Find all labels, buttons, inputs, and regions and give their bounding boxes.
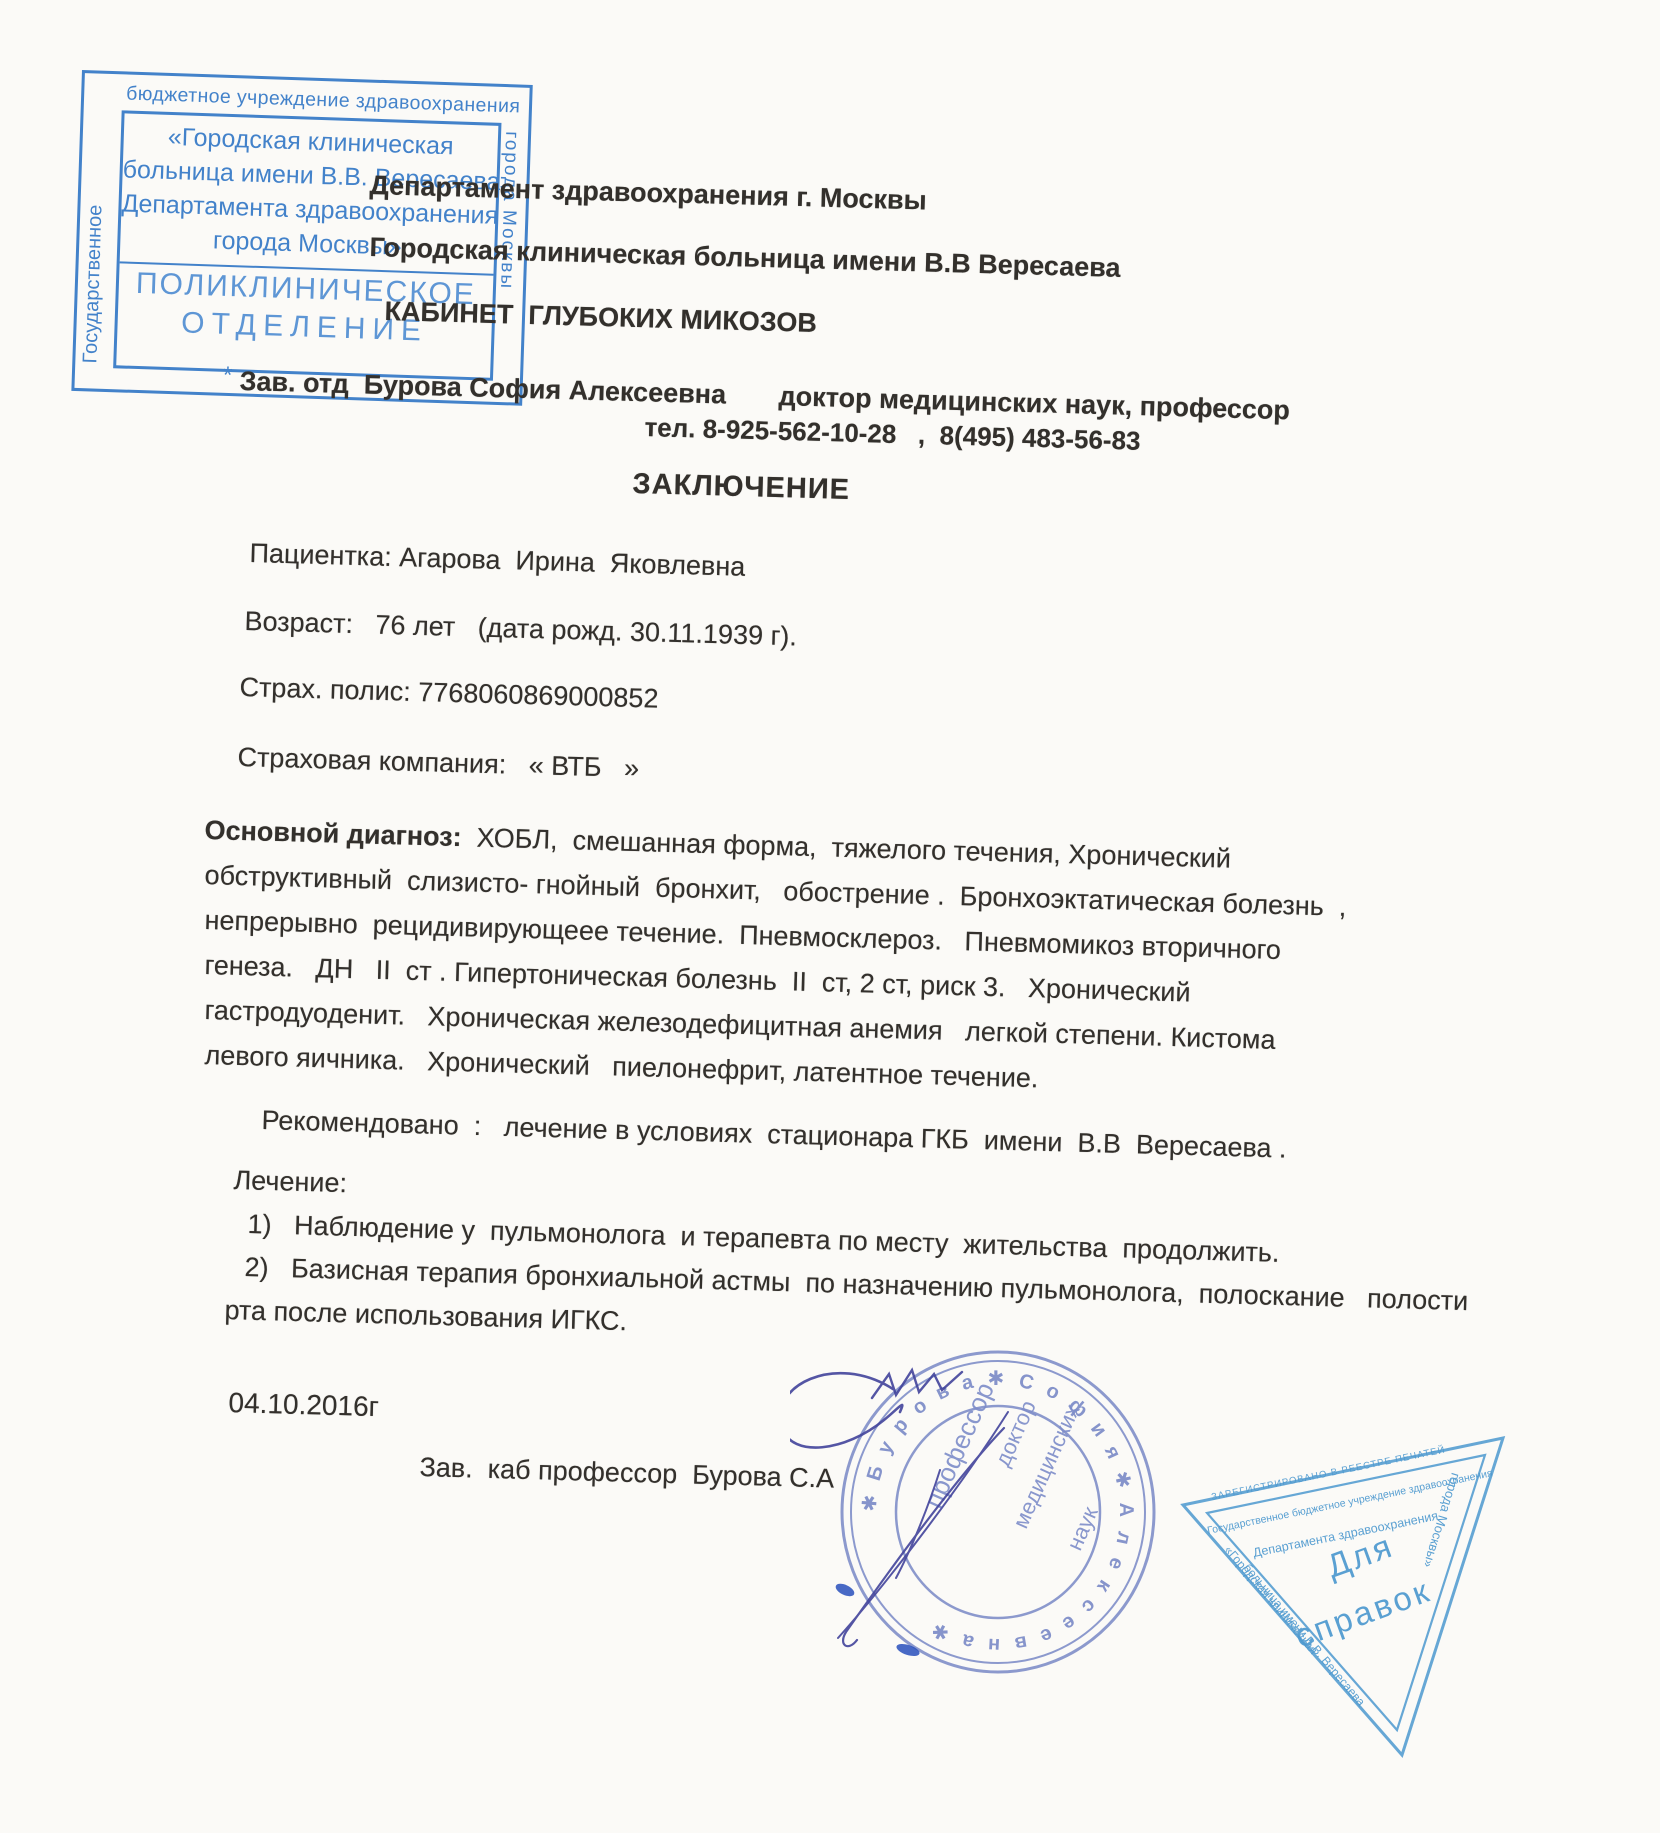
- patient-insurance-line: Страховая компания: « ВТБ »: [237, 742, 639, 784]
- treatment-label: Лечение:: [233, 1165, 347, 1199]
- document-date: 04.10.2016г: [228, 1387, 379, 1423]
- scanned-medical-report: бюджетное учреждение здравоохранения Гос…: [0, 0, 1660, 1833]
- seal-inner-doctor: доктор: [990, 1397, 1041, 1470]
- diagnosis-line-6: левого яичника. Хронический пиелонефрит,…: [204, 1040, 1039, 1094]
- diagnosis-line-1-rest: ХОБЛ, смешанная форма, тяжелого течения,…: [461, 822, 1231, 873]
- recommendation-line: Рекомендовано : лечение в условиях стаци…: [261, 1105, 1287, 1165]
- signature-caption: Зав. каб профессор Бурова С.А: [419, 1452, 834, 1495]
- triangle-center-line2: справок: [1290, 1571, 1436, 1654]
- document-title: ЗАКЛЮЧЕНИЕ: [632, 468, 850, 507]
- diagnosis-label: Основной диагноз:: [204, 815, 462, 852]
- stamp-left-vertical: Государственное: [79, 107, 110, 364]
- round-doctor-seal: ✱ Б у р о в а ✱ С о ф и я ✱ А л е к с е …: [790, 1320, 1190, 1700]
- seal-inner-science: наук: [1062, 1503, 1103, 1554]
- patient-name-line: Пациентка: Агарова Ирина Яковлевна: [249, 538, 746, 583]
- patient-policy-line: Страх. полис: 7768060869000852: [239, 672, 659, 715]
- patient-age-line: Возраст: 76 лет (дата рожд. 30.11.1939 г…: [244, 606, 797, 652]
- treatment-item-2-continuation: рта после использования ИГКС.: [224, 1295, 627, 1337]
- triangle-reference-stamp: ЗАРЕГИСТРИРОВАНО В РЕЕСТРЕ ПЕЧАТЕЙ Госуд…: [1150, 1405, 1550, 1800]
- stamp-asterisk: *: [222, 362, 232, 390]
